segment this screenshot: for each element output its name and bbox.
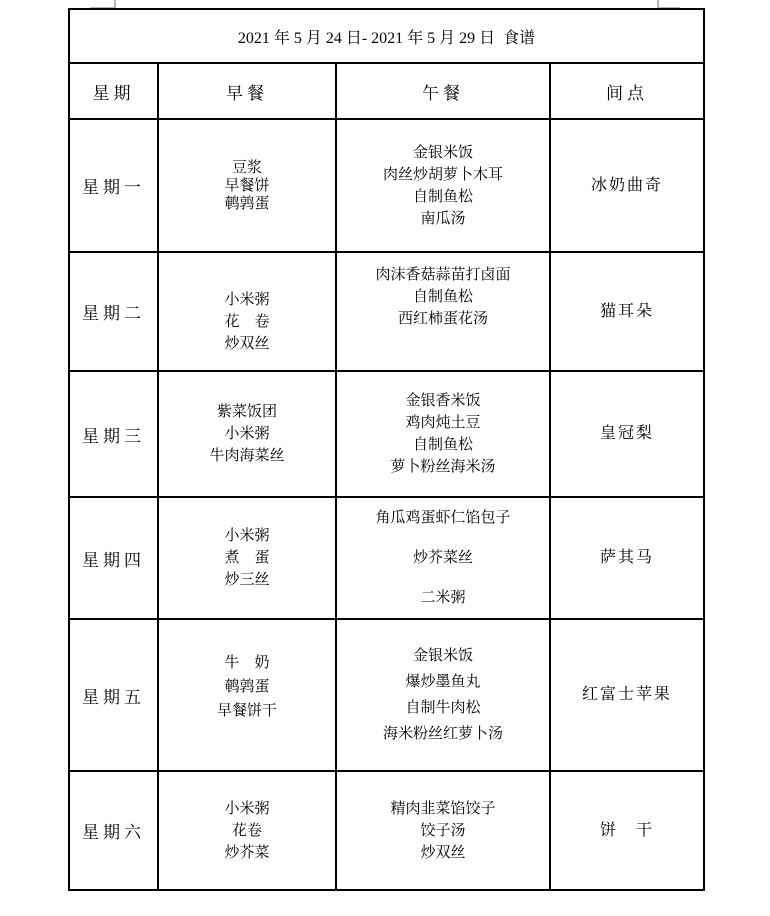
wednesday-lunch-cell: 金银香米饭 鸡肉炖土豆 自制鱼松 萝卜粉丝海米汤: [336, 371, 550, 497]
friday-breakfast-text: 牛 奶 鹌鹑蛋 早餐饼干: [159, 651, 335, 723]
day-label-wednesday: 星期三: [69, 371, 158, 497]
day-label-tuesday: 星期二: [69, 252, 158, 371]
document-page: 2021 年 5 月 24 日- 2021 年 5 月 29 日 食谱 星期 早…: [0, 0, 770, 916]
monday-snack-text: 冰奶曲奇: [551, 175, 703, 197]
monday-breakfast-cell: 豆浆 早餐饼 鹌鹑蛋: [158, 119, 336, 252]
monday-snack-cell: 冰奶曲奇: [550, 119, 704, 252]
tuesday-lunch-cell: 肉沫香菇蒜苗打卤面 自制鱼松 西红柿蛋花汤: [336, 252, 550, 371]
friday-breakfast-cell: 牛 奶 鹌鹑蛋 早餐饼干: [158, 619, 336, 771]
friday-snack-text: 红富士苹果: [551, 684, 703, 706]
saturday-breakfast-text: 小米粥 花卷 炒芥菜: [159, 798, 335, 864]
wednesday-breakfast-text: 紫菜饭团 小米粥 牛肉海菜丝: [159, 401, 335, 467]
monday-lunch-text: 金银米饭 肉丝炒胡萝卜木耳 自制鱼松 南瓜汤: [337, 142, 549, 230]
table-row-monday: 星期一 豆浆 早餐饼 鹌鹑蛋 金银米饭 肉丝炒胡萝卜木耳 自制鱼松 南瓜汤 冰奶…: [69, 119, 704, 252]
friday-lunch-text: 金银米饭 爆炒墨鱼丸 自制牛肉松 海米粉丝红萝卜汤: [337, 643, 549, 747]
thursday-breakfast-cell: 小米粥 煮 蛋 炒三丝: [158, 497, 336, 619]
table-row-saturday: 星期六 小米粥 花卷 炒芥菜 精肉韭菜馅饺子 饺子汤 炒双丝 饼 干: [69, 771, 704, 890]
column-header-day: 星期: [69, 63, 158, 119]
wednesday-snack-text: 皇冠梨: [551, 423, 703, 445]
table-title: 2021 年 5 月 24 日- 2021 年 5 月 29 日 食谱: [69, 9, 704, 63]
saturday-lunch-cell: 精肉韭菜馅饺子 饺子汤 炒双丝: [336, 771, 550, 890]
thursday-lunch-cell: 角瓜鸡蛋虾仁馅包子 炒芥菜丝 二米粥: [336, 497, 550, 619]
thursday-snack-cell: 萨其马: [550, 497, 704, 619]
wednesday-lunch-text: 金银香米饭 鸡肉炖土豆 自制鱼松 萝卜粉丝海米汤: [337, 390, 549, 478]
friday-snack-cell: 红富士苹果: [550, 619, 704, 771]
weekly-menu-table: 2021 年 5 月 24 日- 2021 年 5 月 29 日 食谱 星期 早…: [68, 8, 705, 891]
table-row-thursday: 星期四 小米粥 煮 蛋 炒三丝 角瓜鸡蛋虾仁馅包子 炒芥菜丝 二米粥 萨其马: [69, 497, 704, 619]
saturday-lunch-text: 精肉韭菜馅饺子 饺子汤 炒双丝: [337, 798, 549, 864]
monday-breakfast-text: 豆浆 早餐饼 鹌鹑蛋: [159, 159, 335, 213]
friday-lunch-cell: 金银米饭 爆炒墨鱼丸 自制牛肉松 海米粉丝红萝卜汤: [336, 619, 550, 771]
tuesday-snack-text: 猫耳朵: [551, 301, 703, 323]
table-row-tuesday: 星期二 小米粥 花 卷 炒双丝 肉沫香菇蒜苗打卤面 自制鱼松 西红柿蛋花汤 猫耳…: [69, 252, 704, 371]
thursday-breakfast-text: 小米粥 煮 蛋 炒三丝: [159, 525, 335, 591]
wednesday-breakfast-cell: 紫菜饭团 小米粥 牛肉海菜丝: [158, 371, 336, 497]
saturday-snack-cell: 饼 干: [550, 771, 704, 890]
thursday-snack-text: 萨其马: [551, 547, 703, 569]
column-header-lunch: 午餐: [336, 63, 550, 119]
table-row-friday: 星期五 牛 奶 鹌鹑蛋 早餐饼干 金银米饭 爆炒墨鱼丸 自制牛肉松 海米粉丝红萝…: [69, 619, 704, 771]
tuesday-breakfast-cell: 小米粥 花 卷 炒双丝: [158, 252, 336, 371]
day-label-saturday: 星期六: [69, 771, 158, 890]
monday-lunch-cell: 金银米饭 肉丝炒胡萝卜木耳 自制鱼松 南瓜汤: [336, 119, 550, 252]
saturday-snack-text: 饼 干: [551, 820, 703, 842]
column-header-breakfast: 早餐: [158, 63, 336, 119]
thursday-lunch-text: 角瓜鸡蛋虾仁馅包子 炒芥菜丝 二米粥: [337, 498, 549, 618]
saturday-breakfast-cell: 小米粥 花卷 炒芥菜: [158, 771, 336, 890]
tuesday-breakfast-text: 小米粥 花 卷 炒双丝: [159, 289, 335, 355]
wednesday-snack-cell: 皇冠梨: [550, 371, 704, 497]
table-row-wednesday: 星期三 紫菜饭团 小米粥 牛肉海菜丝 金银香米饭 鸡肉炖土豆 自制鱼松 萝卜粉丝…: [69, 371, 704, 497]
tuesday-lunch-text: 肉沫香菇蒜苗打卤面 自制鱼松 西红柿蛋花汤: [337, 264, 549, 330]
day-label-monday: 星期一: [69, 119, 158, 252]
column-header-snack: 间点: [550, 63, 704, 119]
day-label-thursday: 星期四: [69, 497, 158, 619]
day-label-friday: 星期五: [69, 619, 158, 771]
tuesday-snack-cell: 猫耳朵: [550, 252, 704, 371]
